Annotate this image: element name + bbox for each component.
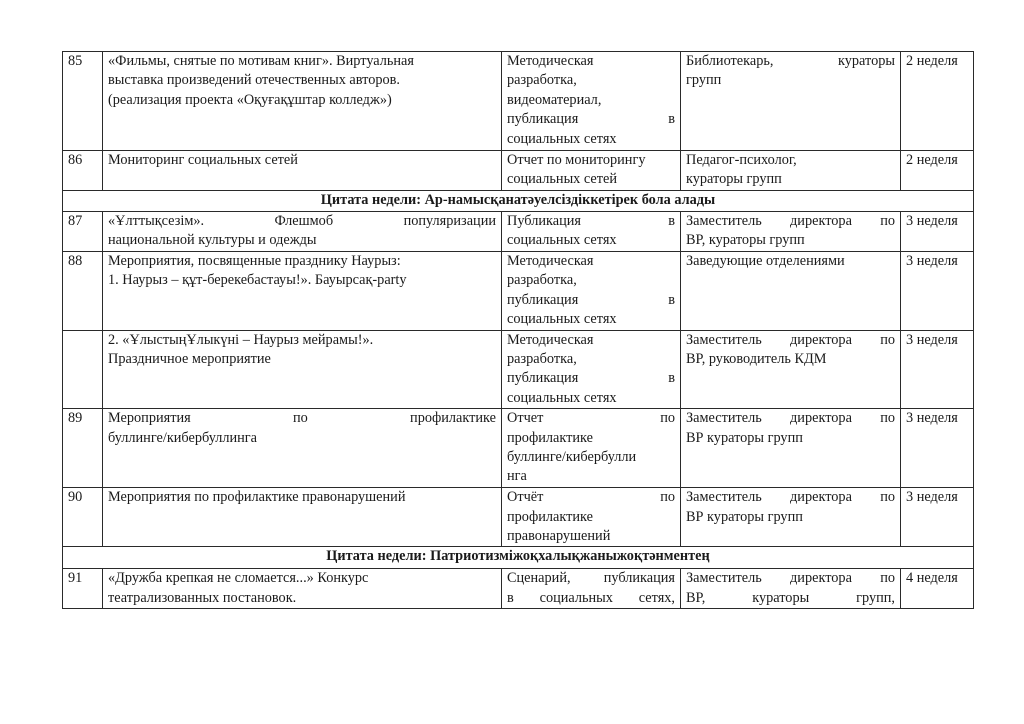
time-cell: 4 неделя (901, 569, 974, 609)
form-line: Сценарий, публикация (507, 569, 675, 588)
table-row: 2. «ҰлыстыңҰлыкүні – Наурыз мейрамы!». П… (63, 330, 974, 409)
responsible-line: Заместитель директора по (686, 409, 895, 428)
quote-of-week: Цитата недели: Патриотизміжоқхалықжаныжо… (63, 547, 974, 569)
form-cell: Отчёт по профилактике правонарушений (502, 488, 681, 547)
event-line: Мониторинг социальных сетей (108, 151, 496, 170)
event-line: Мероприятия по профилактике (108, 409, 496, 428)
form-line: социальных сетях (507, 389, 675, 408)
responsible-line: Педагог-психолог, (686, 151, 895, 170)
event-line: «Дружба крепкая не сломается...» Конкурс (108, 569, 496, 588)
row-number: 86 (63, 151, 103, 191)
responsible-cell: Заместитель директора по ВР, руководител… (681, 330, 901, 409)
responsible-line: ВР кураторы групп (686, 429, 895, 448)
responsible-cell: Заместитель директора по ВР, кураторы гр… (681, 212, 901, 252)
responsible-line: групп (686, 71, 895, 90)
form-line: социальных сетях (507, 231, 675, 250)
form-cell: Отчет по профилактике буллинге/кибербулл… (502, 409, 681, 488)
form-cell: Методическая разработка, видеоматериал, … (502, 52, 681, 151)
responsible-line: ВР, кураторы групп, (686, 589, 895, 608)
responsible-cell: Заместитель директора по ВР кураторы гру… (681, 409, 901, 488)
event-cell: 2. «ҰлыстыңҰлыкүні – Наурыз мейрамы!». П… (103, 330, 502, 409)
form-line: разработка, (507, 350, 675, 369)
responsible-cell: Заместитель директора по ВР кураторы гру… (681, 488, 901, 547)
form-cell: Отчет по мониторингу социальных сетей (502, 151, 681, 191)
event-cell: «Дружба крепкая не сломается...» Конкурс… (103, 569, 502, 609)
event-line: 1. Наурыз – құт-берекебастауы!». Бауырса… (108, 271, 496, 290)
form-line: публикация в (507, 369, 675, 388)
form-line: социальных сетей (507, 170, 675, 189)
form-line: нга (507, 467, 675, 486)
event-line: буллинге/кибербуллинга (108, 429, 496, 448)
form-line: Методическая (507, 252, 675, 271)
event-line: национальной культуры и одежды (108, 231, 496, 250)
time-cell: 3 неделя (901, 252, 974, 331)
event-line: Мероприятия по профилактике правонарушен… (108, 488, 496, 507)
responsible-cell: Заместитель директора по ВР, кураторы гр… (681, 569, 901, 609)
event-line: театрализованных постановок. (108, 589, 496, 608)
form-line: буллинге/кибербулли (507, 448, 675, 467)
responsible-line: кураторы групп (686, 170, 895, 189)
table-row: 86 Мониторинг социальных сетей Отчет по … (63, 151, 974, 191)
event-cell: Мероприятия по профилактике буллинге/киб… (103, 409, 502, 488)
form-line: разработка, (507, 271, 675, 290)
form-line: Отчет по (507, 409, 675, 428)
event-line: Мероприятия, посвященные празднику Науры… (108, 252, 496, 271)
form-line: публикация в (507, 291, 675, 310)
responsible-line: Заместитель директора по (686, 212, 895, 231)
event-cell: Мероприятия по профилактике правонарушен… (103, 488, 502, 547)
responsible-line: Библиотекарь, кураторы (686, 52, 895, 71)
time-cell: 2 неделя (901, 151, 974, 191)
table-row: 87 «Ұлттықсезім». Флешмоб популяризации … (63, 212, 974, 252)
quote-row: Цитата недели: Патриотизміжоқхалықжаныжо… (63, 547, 974, 569)
responsible-line: Заместитель директора по (686, 569, 895, 588)
form-line: Методическая (507, 331, 675, 350)
form-cell: Методическая разработка, публикация в со… (502, 330, 681, 409)
form-line: разработка, (507, 71, 675, 90)
form-line: Отчет по мониторингу (507, 151, 675, 170)
time-cell: 2 неделя (901, 52, 974, 151)
row-number: 88 (63, 252, 103, 331)
form-line: Отчёт по (507, 488, 675, 507)
responsible-cell: Заведующие отделениями (681, 252, 901, 331)
time-cell: 3 неделя (901, 488, 974, 547)
event-line: «Ұлттықсезім». Флешмоб популяризации (108, 212, 496, 231)
event-cell: «Ұлттықсезім». Флешмоб популяризации нац… (103, 212, 502, 252)
event-line: выставка произведений отечественных авто… (108, 71, 496, 90)
event-cell: «Фильмы, снятые по мотивам книг». Виртуа… (103, 52, 502, 151)
table-row: 90 Мероприятия по профилактике правонару… (63, 488, 974, 547)
row-number (63, 330, 103, 409)
event-line: Праздничное мероприятие (108, 350, 496, 369)
table-row: 85 «Фильмы, снятые по мотивам книг». Вир… (63, 52, 974, 151)
row-number: 89 (63, 409, 103, 488)
event-line: (реализация проекта «Оқуғақұштар колледж… (108, 91, 496, 110)
responsible-line: ВР, руководитель КДМ (686, 350, 895, 369)
row-number: 87 (63, 212, 103, 252)
responsible-cell: Библиотекарь, кураторы групп (681, 52, 901, 151)
quote-row: Цитата недели: Ар-намысқанатәуелсіздікке… (63, 191, 974, 212)
row-number: 91 (63, 569, 103, 609)
time-cell: 3 неделя (901, 409, 974, 488)
form-line: Методическая (507, 52, 675, 71)
responsible-line: ВР кураторы групп (686, 508, 895, 527)
event-cell: Мониторинг социальных сетей (103, 151, 502, 191)
row-number: 85 (63, 52, 103, 151)
row-number: 90 (63, 488, 103, 547)
time-cell: 3 неделя (901, 212, 974, 252)
form-line: видеоматериал, (507, 91, 675, 110)
event-cell: Мероприятия, посвященные празднику Науры… (103, 252, 502, 331)
responsible-line: Заместитель директора по (686, 488, 895, 507)
quote-of-week: Цитата недели: Ар-намысқанатәуелсіздікке… (63, 191, 974, 212)
table-row: 91 «Дружба крепкая не сломается...» Конк… (63, 569, 974, 609)
responsible-line: Заместитель директора по (686, 331, 895, 350)
event-line: «Фильмы, снятые по мотивам книг». Виртуа… (108, 52, 496, 71)
responsible-line: ВР, кураторы групп (686, 231, 895, 250)
table-row: 89 Мероприятия по профилактике буллинге/… (63, 409, 974, 488)
form-cell: Публикация в социальных сетях (502, 212, 681, 252)
form-line: Публикация в (507, 212, 675, 231)
form-line: социальных сетях (507, 310, 675, 329)
plan-table: 85 «Фильмы, снятые по мотивам книг». Вир… (62, 51, 974, 609)
responsible-cell: Педагог-психолог, кураторы групп (681, 151, 901, 191)
responsible-line: Заведующие отделениями (686, 252, 895, 271)
form-line: профилактике (507, 508, 675, 527)
form-cell: Методическая разработка, публикация в со… (502, 252, 681, 331)
form-line: публикация в (507, 110, 675, 129)
form-line: правонарушений (507, 527, 675, 546)
form-line: в социальных сетях, (507, 589, 675, 608)
time-cell: 3 неделя (901, 330, 974, 409)
form-cell: Сценарий, публикация в социальных сетях, (502, 569, 681, 609)
form-line: социальных сетях (507, 130, 675, 149)
event-line: 2. «ҰлыстыңҰлыкүні – Наурыз мейрамы!». (108, 331, 496, 350)
table-row: 88 Мероприятия, посвященные празднику На… (63, 252, 974, 331)
form-line: профилактике (507, 429, 675, 448)
